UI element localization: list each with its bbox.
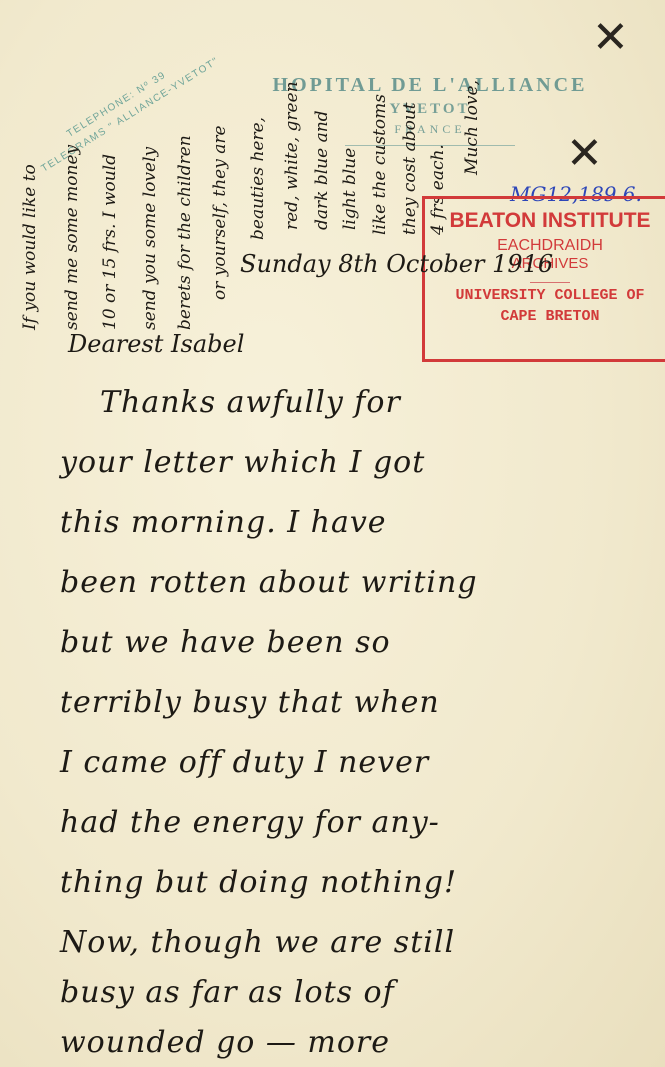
- body-line: your letter which I got: [60, 445, 425, 480]
- margin-note-line: Much love,: [462, 80, 482, 175]
- margin-note-line: send me some money: [62, 145, 82, 330]
- margin-note-line: red, white, green: [282, 81, 302, 230]
- cross-mark-icon: ✕: [592, 16, 629, 60]
- margin-note-line: beauties here,: [248, 117, 268, 240]
- body-line: busy as far as lots of: [60, 975, 395, 1010]
- body-line: Now, though we are still: [60, 925, 455, 960]
- margin-note-line: or yourself, they are: [210, 125, 230, 300]
- body-line: thing but doing nothing!: [60, 865, 457, 900]
- stamp-location: CAPE BRETON: [425, 308, 665, 325]
- body-line: terribly busy that when: [60, 685, 440, 720]
- body-line: I came off duty I never: [60, 745, 429, 780]
- archive-stamp: BEATON INSTITUTE EACHDRAIDH ARCHIVES UNI…: [422, 196, 665, 362]
- body-line: been rotten about writing: [60, 565, 478, 600]
- stamp-college: UNIVERSITY COLLEGE OF: [425, 287, 665, 304]
- margin-note-line: light blue: [340, 148, 360, 230]
- margin-note-line: send you some lovely: [140, 147, 160, 330]
- body-line: wounded go — more: [60, 1025, 390, 1060]
- margin-note-line: berets for the children: [175, 135, 195, 330]
- margin-note-line: If you would like to: [20, 164, 40, 330]
- stamp-institute: BEATON INSTITUTE: [425, 209, 665, 233]
- stamp-divider: [530, 282, 570, 283]
- salutation: Dearest Isabel: [68, 330, 244, 358]
- date-line: Sunday 8th October 1916: [240, 250, 553, 278]
- margin-note-line: dark blue and: [312, 110, 332, 230]
- margin-note-line: like the customs: [370, 94, 390, 235]
- cross-mark-icon: ✕: [566, 132, 603, 176]
- body-line: but we have been so: [60, 625, 391, 660]
- margin-note-line: 10 or 15 frs. I would: [100, 154, 120, 330]
- margin-note-line: they cost about: [400, 102, 420, 235]
- body-line: Thanks awfully for: [100, 385, 401, 420]
- body-line: had the energy for any-: [60, 805, 440, 840]
- body-line: this morning. I have: [60, 505, 387, 540]
